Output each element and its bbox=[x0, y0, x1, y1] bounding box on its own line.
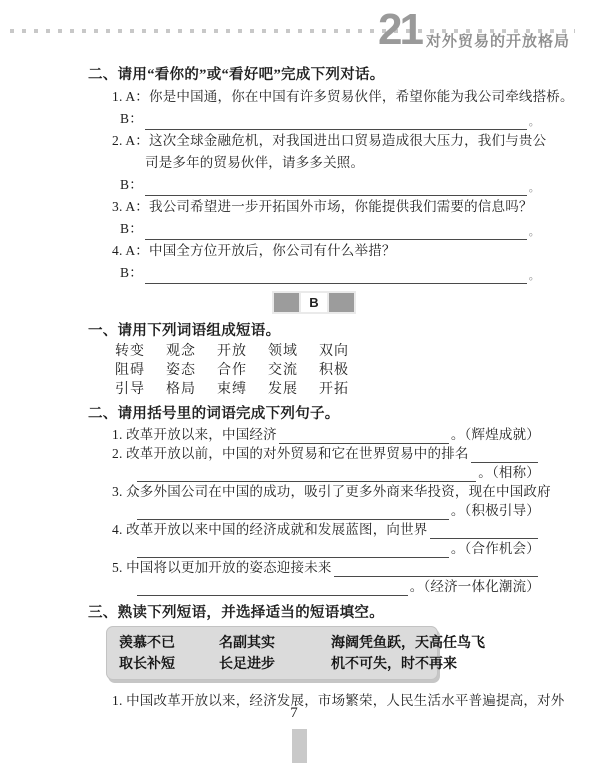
text-segment: 4. 改革开放以来中国的经济成就和发展蓝图，向世界 bbox=[112, 520, 428, 539]
word-item: 引导 bbox=[115, 380, 145, 399]
text-segment: 一、请用下列词语组成短语。 bbox=[88, 320, 280, 342]
phrase-item: 名副其实 bbox=[219, 632, 331, 653]
text-line: 3. A：我公司希望进一步开拓国外市场，你能提供我们需要的信息吗？ bbox=[88, 196, 540, 218]
answer-blank bbox=[137, 502, 449, 520]
text-segment: 二、请用括号里的词语完成下列句子。 bbox=[88, 403, 340, 425]
text-segment: B： bbox=[120, 108, 143, 130]
text-line: 一、请用下列词语组成短语。 bbox=[88, 320, 540, 342]
lesson-header: 21 对外贸易的开放格局 bbox=[378, 8, 570, 52]
phrase-box: 羡慕不已名副其实海阔凭鱼跃，天高任鸟飞取长补短长足进步机不可失，时不再来 bbox=[106, 626, 438, 680]
text-segment: 。 bbox=[529, 224, 540, 240]
text-line: 二、请用括号里的词语完成下列句子。 bbox=[88, 403, 540, 425]
answer-blank bbox=[430, 521, 539, 539]
divider-square-left bbox=[274, 293, 299, 312]
answer-blank bbox=[145, 112, 527, 130]
text-line: 2. A：这次全球金融危机，对我国进出口贸易造成很大压力，我们与贵公 bbox=[88, 130, 540, 152]
text-line: 。（相称） bbox=[88, 463, 540, 482]
word-item: 束缚 bbox=[217, 380, 247, 399]
text-segment: 。（相称） bbox=[478, 463, 540, 482]
text-line: 3. 众多外国公司在中国的成功，吸引了更多外商来华投资，现在中国政府 bbox=[88, 482, 540, 501]
text-segment: 。（合作机会） bbox=[451, 539, 540, 558]
phrase-item: 羡慕不已 bbox=[119, 632, 219, 653]
page-number: 7 bbox=[0, 705, 588, 722]
text-line: 阻碍姿态合作交流积极 bbox=[88, 361, 540, 380]
text-line: 。（积极引导） bbox=[88, 501, 540, 520]
word-item: 姿态 bbox=[166, 361, 196, 380]
text-line: 5. 中国将以更加开放的姿态迎接未来 bbox=[88, 558, 540, 577]
workbook-page: 21 对外贸易的开放格局 二、请用“看你的”或“看好吧”完成下列对话。1. A：… bbox=[0, 0, 600, 775]
phrase-item: 机不可失，时不再来 bbox=[331, 653, 457, 674]
text-line: B：。 bbox=[88, 262, 540, 284]
phrase-row: 取长补短长足进步机不可失，时不再来 bbox=[119, 653, 425, 674]
text-line: 。（合作机会） bbox=[88, 539, 540, 558]
word-item: 开拓 bbox=[319, 380, 349, 399]
word-item: 观念 bbox=[166, 342, 196, 361]
answer-blank bbox=[471, 445, 538, 463]
answer-blank bbox=[145, 222, 527, 240]
text-segment: B： bbox=[120, 218, 143, 240]
text-segment: 2. A：这次全球金融危机，对我国进出口贸易造成很大压力，我们与贵公 bbox=[112, 130, 546, 152]
text-line: 2. 改革开放以前，中国的对外贸易和它在世界贸易中的排名 bbox=[88, 444, 540, 463]
text-segment: 。（经济一体化潮流） bbox=[410, 577, 540, 596]
divider-square-right bbox=[329, 293, 354, 312]
text-segment: 。（积极引导） bbox=[451, 501, 540, 520]
phrase-row: 羡慕不已名副其实海阔凭鱼跃，天高任鸟飞 bbox=[119, 632, 425, 653]
text-line: 二、请用“看你的”或“看好吧”完成下列对话。 bbox=[88, 64, 540, 86]
text-segment: 。 bbox=[529, 268, 540, 284]
text-segment: 。（辉煌成就） bbox=[451, 425, 540, 444]
word-item: 开放 bbox=[217, 342, 247, 361]
text-segment: 2. 改革开放以前，中国的对外贸易和它在世界贸易中的排名 bbox=[112, 444, 469, 463]
text-line: 引导格局束缚发展开拓 bbox=[88, 380, 540, 399]
text-line: 三、熟读下列短语，并选择适当的短语填空。 bbox=[88, 602, 540, 624]
text-segment: 司是多年的贸易伙伴，请多多关照。 bbox=[145, 152, 364, 174]
text-segment: 。 bbox=[529, 114, 540, 130]
answer-blank bbox=[137, 540, 449, 558]
text-line: B：。 bbox=[88, 108, 540, 130]
text-line: B：。 bbox=[88, 174, 540, 196]
text-segment: B： bbox=[120, 262, 143, 284]
phrase-item: 长足进步 bbox=[219, 653, 331, 674]
answer-blank bbox=[137, 578, 408, 596]
answer-blank bbox=[279, 426, 449, 444]
text-segment: 1. A：你是中国通，你在中国有许多贸易伙伴，希望你能为我公司牵线搭桥。 bbox=[112, 86, 574, 108]
text-line: 司是多年的贸易伙伴，请多多关照。 bbox=[88, 152, 540, 174]
word-item: 转变 bbox=[115, 342, 145, 361]
word-item: 积极 bbox=[319, 361, 349, 380]
text-line: B：。 bbox=[88, 218, 540, 240]
text-segment: 3. A：我公司希望进一步开拓国外市场，你能提供我们需要的信息吗？ bbox=[112, 196, 533, 218]
text-line: 。（经济一体化潮流） bbox=[88, 577, 540, 596]
phrase-item: 取长补短 bbox=[119, 653, 219, 674]
lesson-number: 21 bbox=[378, 8, 421, 52]
section-divider-strip: B bbox=[272, 291, 356, 314]
word-item: 合作 bbox=[217, 361, 247, 380]
word-item: 发展 bbox=[268, 380, 298, 399]
lesson-title: 对外贸易的开放格局 bbox=[426, 30, 570, 51]
text-segment: 5. 中国将以更加开放的姿态迎接未来 bbox=[112, 558, 332, 577]
word-item: 领域 bbox=[268, 342, 298, 361]
section-divider-label: B bbox=[301, 293, 327, 312]
word-item: 阻碍 bbox=[115, 361, 145, 380]
text-segment: 。 bbox=[529, 180, 540, 196]
page-content: 二、请用“看你的”或“看好吧”完成下列对话。1. A：你是中国通，你在中国有许多… bbox=[88, 58, 540, 712]
phrase-item: 海阔凭鱼跃，天高任鸟飞 bbox=[331, 632, 485, 653]
answer-blank bbox=[145, 266, 527, 284]
footer-tab bbox=[292, 729, 307, 763]
text-segment: 3. 众多外国公司在中国的成功，吸引了更多外商来华投资，现在中国政府 bbox=[112, 482, 551, 501]
section-divider: B bbox=[88, 291, 540, 314]
answer-blank bbox=[334, 559, 538, 577]
text-segment: B： bbox=[120, 174, 143, 196]
text-line: 1. A：你是中国通，你在中国有许多贸易伙伴，希望你能为我公司牵线搭桥。 bbox=[88, 86, 540, 108]
text-segment: 4. A：中国全方位开放后，你公司有什么举措？ bbox=[112, 240, 396, 262]
answer-blank bbox=[145, 178, 527, 196]
word-item: 交流 bbox=[268, 361, 298, 380]
answer-blank bbox=[137, 464, 476, 482]
text-segment: 三、熟读下列短语，并选择适当的短语填空。 bbox=[88, 602, 384, 624]
text-line: 1. 改革开放以来，中国经济。（辉煌成就） bbox=[88, 425, 540, 444]
text-line: 转变观念开放领域双向 bbox=[88, 342, 540, 361]
text-segment: 二、请用“看你的”或“看好吧”完成下列对话。 bbox=[88, 64, 385, 86]
word-item: 格局 bbox=[166, 380, 196, 399]
text-line: 4. 改革开放以来中国的经济成就和发展蓝图，向世界 bbox=[88, 520, 540, 539]
text-line: 4. A：中国全方位开放后，你公司有什么举措？ bbox=[88, 240, 540, 262]
text-segment: 1. 改革开放以来，中国经济 bbox=[112, 425, 277, 444]
word-item: 双向 bbox=[319, 342, 349, 361]
